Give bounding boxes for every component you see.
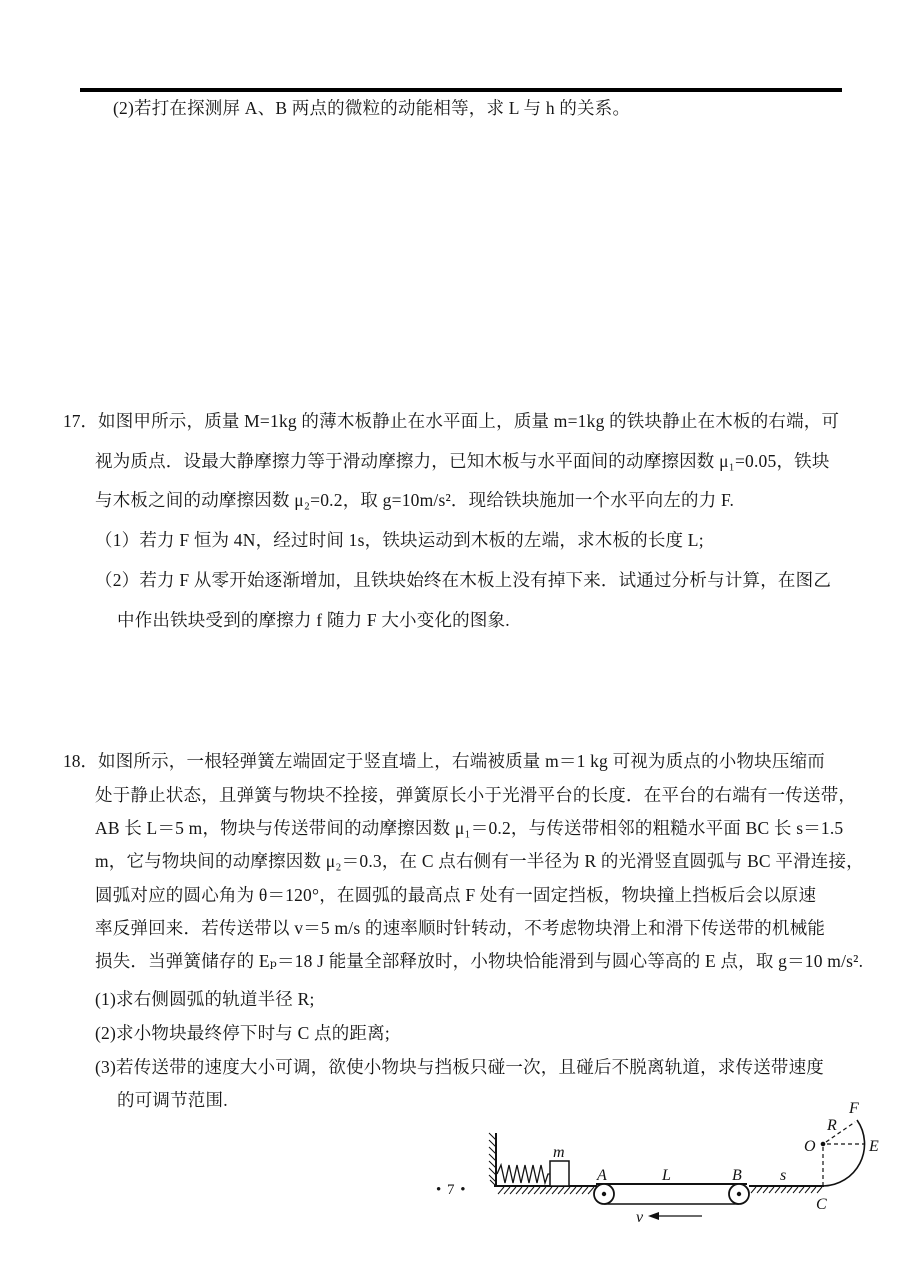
belt-speed-arrowhead — [648, 1212, 659, 1220]
label-point-b: B — [732, 1167, 742, 1184]
ground-bc-hatching — [751, 1187, 822, 1193]
q16-part2-text: (2)若打在探测屏 A、B 两点的微粒的动能相等，求 L 与 h 的关系。 — [113, 97, 630, 119]
label-point-a: A — [596, 1167, 607, 1184]
q18-item3-continuation: 的可调节范围. — [117, 1089, 228, 1111]
q17-line3: 与木板之间的动摩擦因数 μ₂=0.2，取 g=10m/s²．现给铁块施加一个水平… — [95, 489, 734, 511]
label-point-e: E — [868, 1138, 879, 1155]
pulley-b-axle — [737, 1192, 741, 1196]
block-m — [550, 1161, 569, 1186]
q18-number: 18． — [63, 751, 98, 771]
q18-line3: AB 长 L＝5 m，物块与传送带间的动摩擦因数 μ₁＝0.2，与传送带相邻的粗… — [95, 817, 843, 839]
page-number: • 7 • — [436, 1182, 467, 1199]
q18-item2: (2)求小物块最终停下时与 C 点的距离; — [95, 1022, 390, 1044]
arc-center-dot — [821, 1142, 826, 1147]
q18-line1: 18．如图所示，一根轻弹簧左端固定于竖直墙上，右端被质量 m＝1 kg 可视为质… — [63, 750, 825, 772]
q18-item3: (3)若传送带的速度大小可调，欲使小物块与挡板只碰一次，且碰后不脱离轨道，求传送… — [95, 1056, 824, 1078]
platform-ground-hatching — [498, 1187, 594, 1194]
q18-line2: 处于静止状态，且弹簧与物块不拴接，弹簧原长小于光滑平台的长度．在平台的右端有一传… — [95, 784, 856, 806]
q18-line6: 率反弹回来．若传送带以 v＝5 m/s 的速率顺时针转动，不考虑物块滑上和滑下传… — [95, 917, 825, 939]
label-gap-s: s — [780, 1167, 786, 1184]
section-divider-rule — [80, 88, 842, 92]
q17-line1: 17．如图甲所示，质量 M=1kg 的薄木板静止在水平面上，质量 m=1kg 的… — [63, 410, 839, 432]
label-radius-r: R — [826, 1117, 837, 1134]
q17-line2: 视为质点．设最大静摩擦力等于滑动摩擦力，已知木板与水平面间的动摩擦因数 μ₁=0… — [95, 450, 830, 472]
label-mass-m: m — [553, 1144, 565, 1161]
q17-item2: （2）若力 F 从零开始逐渐增加，且铁块始终在木板上没有掉下来．试通过分析与计算… — [95, 569, 831, 591]
q18-line4: m，它与物块间的动摩擦因数 μ₂＝0.3，在 C 点右侧有一半径为 R 的光滑竖… — [95, 850, 864, 872]
q17-item2-continuation: 中作出铁块受到的摩擦力 f 随力 F 大小变化的图象. — [117, 609, 510, 631]
spring — [497, 1165, 550, 1183]
label-center-o: O — [804, 1138, 816, 1155]
q17-line1-text: 如图甲所示，质量 M=1kg 的薄木板静止在水平面上，质量 m=1kg 的铁块静… — [98, 411, 839, 431]
q18-apparatus-diagram: m A L B v s C O E F R — [480, 1095, 921, 1245]
exam-page: (2)若打在探测屏 A、B 两点的微粒的动能相等，求 L 与 h 的关系。 17… — [0, 0, 921, 1276]
q17-number: 17． — [63, 411, 98, 431]
q18-line1-text: 如图所示，一根轻弹簧左端固定于竖直墙上，右端被质量 m＝1 kg 可视为质点的小… — [98, 751, 825, 771]
q18-line5: 圆弧对应的圆心角为 θ＝120°，在圆弧的最高点 F 处有一固定挡板，物块撞上挡… — [95, 884, 816, 906]
label-point-f: F — [848, 1100, 859, 1117]
label-belt-speed-v: v — [636, 1209, 644, 1226]
q17-item1: （1）若力 F 恒为 4N，经过时间 1s，铁块运动到木板的左端，求木板的长度 … — [95, 529, 704, 551]
wall-hatching — [489, 1133, 496, 1186]
q18-item1: (1)求右侧圆弧的轨道半径 R; — [95, 988, 315, 1010]
label-belt-length-l: L — [661, 1167, 671, 1184]
label-point-c: C — [816, 1196, 827, 1213]
q18-line7: 损失．当弹簧储存的 Eₚ＝18 J 能量全部释放时，小物块恰能滑到与圆心等高的 … — [95, 950, 863, 972]
pulley-a-axle — [602, 1192, 606, 1196]
